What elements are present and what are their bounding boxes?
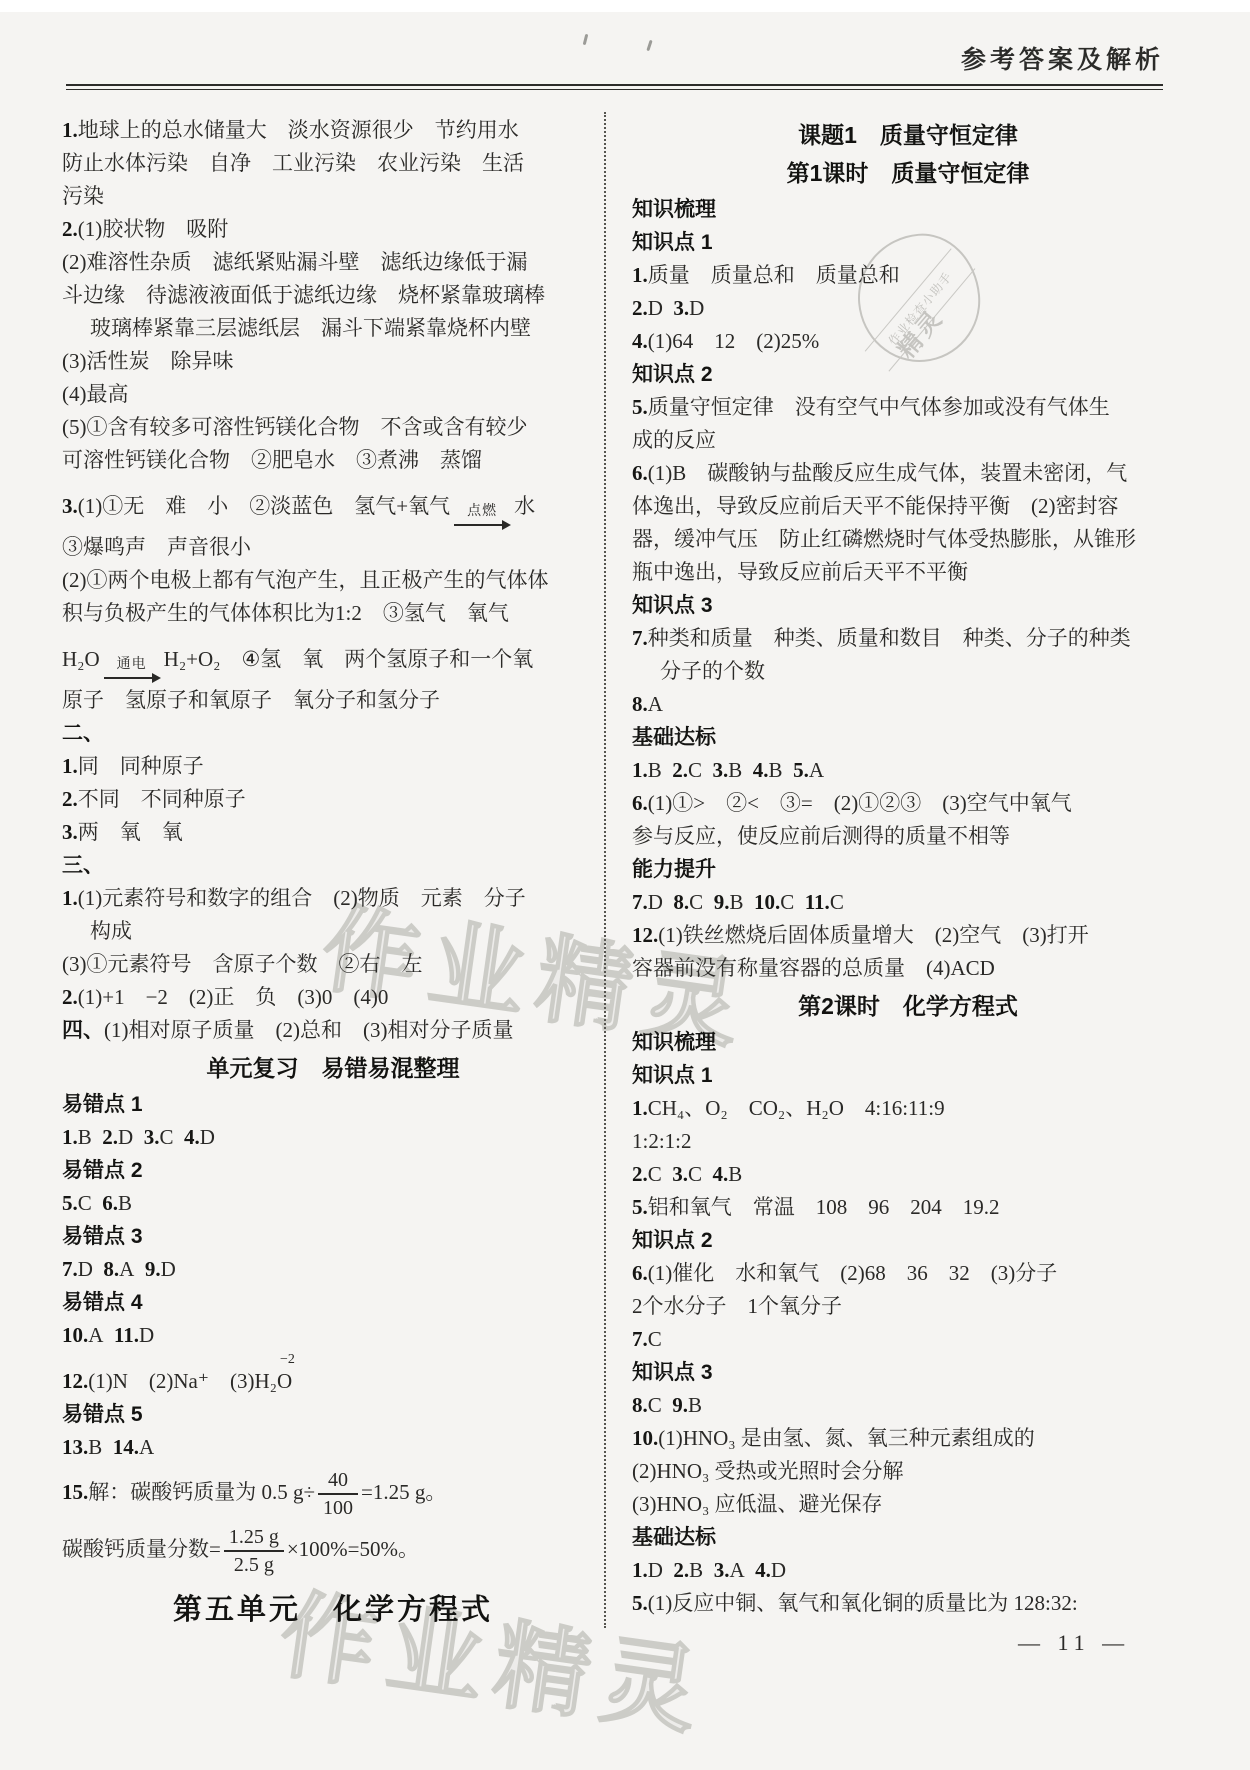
text-line: (3)HNO₃ 应低温、避光保存 bbox=[632, 1488, 1184, 1521]
header-rule bbox=[66, 84, 1163, 90]
left-column: 1.地球上的总水储量大 淡水资源很少 节约用水防止水体污染 自净 工业污染 农业… bbox=[62, 114, 604, 1627]
text-line: 基础达标 bbox=[632, 1521, 1184, 1554]
text-line: 1.B 2.D 3.C 4.D bbox=[62, 1121, 604, 1154]
column-divider bbox=[604, 112, 606, 1628]
text-line: 第五单元 化学方程式 bbox=[62, 1594, 604, 1627]
text-line: 3.两 氧 氧 bbox=[62, 816, 604, 849]
text-line: 1.B 2.C 3.B 4.B 5.A bbox=[632, 754, 1184, 787]
text-line: 2.(1)胶状物 吸附 bbox=[62, 213, 604, 246]
scanned-answer-page: 参考答案及解析 作业精灵 作业精灵 作业检查小助手 精灵 1.地球上的总水储量大… bbox=[0, 0, 1250, 1770]
text-line: 8.C 9.B bbox=[632, 1389, 1184, 1422]
text-line: 1.质量 质量总和 质量总和 bbox=[632, 259, 1184, 292]
text-line: 2个水分子 1个氧分子 bbox=[632, 1290, 1184, 1323]
scan-speck-icon bbox=[583, 34, 589, 45]
text-line: 6.(1)B 碳酸钠与盐酸反应生成气体，装置未密闭，气 bbox=[632, 457, 1184, 490]
text-line: ③爆鸣声 声音很小 bbox=[62, 531, 604, 564]
text-line: 三、 bbox=[62, 849, 604, 882]
text-line: 知识点 3 bbox=[632, 1356, 1184, 1389]
text-line: 15.解：碳酸钙质量为 0.5 g÷40100=1.25 g。 bbox=[62, 1464, 604, 1521]
text-line: 容器前没有称量容器的总质量 (4)ACD bbox=[632, 952, 1184, 985]
text-line: 易错点 3 bbox=[62, 1220, 604, 1253]
text-line: 第2课时 化学方程式 bbox=[632, 990, 1184, 1023]
text-line: (2)难溶性杂质 滤纸紧贴漏斗壁 滤纸边缘低于漏 bbox=[62, 246, 604, 279]
text-line: (2)①两个电极上都有气泡产生，且正极产生的气体体 bbox=[62, 564, 604, 597]
text-line: 分子的个数 bbox=[632, 655, 1184, 688]
text-line: 知识点 2 bbox=[632, 358, 1184, 391]
text-line: 8.A bbox=[632, 688, 1184, 721]
text-line: 第1课时 质量守恒定律 bbox=[632, 157, 1184, 190]
text-line: 2.D 3.D bbox=[632, 292, 1184, 325]
text-line: 2.C 3.C 4.B bbox=[632, 1158, 1184, 1191]
text-line: 污染 bbox=[62, 180, 604, 213]
text-line: 4.(1)64 12 (2)25% bbox=[632, 325, 1184, 358]
text-line: 7.C bbox=[632, 1323, 1184, 1356]
text-line: H₂O通电H₂+O₂ ④氢 氧 两个氢原子和一个氧 bbox=[62, 643, 604, 684]
text-line: 易错点 4 bbox=[62, 1286, 604, 1319]
text-line: 1.同 同种原子 bbox=[62, 750, 604, 783]
text-line: 10.(1)HNO₃ 是由氢、氮、氧三种元素组成的 bbox=[632, 1422, 1184, 1455]
page-number: — 11 — bbox=[1018, 1630, 1130, 1656]
text-line: 10.A 11.D bbox=[62, 1319, 604, 1352]
text-line: 单元复习 易错易混整理 bbox=[62, 1052, 604, 1085]
text-line: 6.(1)①> ②< ③= (2)①②③ (3)空气中氧气 bbox=[632, 787, 1184, 820]
text-line: 5.C 6.B bbox=[62, 1187, 604, 1220]
text-line: 2.(1)+1 −2 (2)正 负 (3)0 (4)0 bbox=[62, 981, 604, 1014]
page-title: 参考答案及解析 bbox=[961, 40, 1164, 76]
text-line: 器，缓冲气压 防止红磷燃烧时气体受热膨胀，从锥形 bbox=[632, 523, 1184, 556]
text-line: 2.不同 不同种原子 bbox=[62, 783, 604, 816]
text-line: 构成 bbox=[62, 915, 604, 948]
text-line: (2)HNO₃ 受热或光照时会分解 bbox=[632, 1455, 1184, 1488]
text-line: 体逸出，导致反应前后天平不能保持平衡 (2)密封容 bbox=[632, 490, 1184, 523]
text-line: 易错点 2 bbox=[62, 1154, 604, 1187]
text-line: 7.D 8.A 9.D bbox=[62, 1253, 604, 1286]
text-line: 碳酸钙质量分数=1.25 g2.5 g×100%=50%。 bbox=[62, 1521, 604, 1578]
scan-speck-icon bbox=[646, 40, 652, 51]
text-line: 能力提升 bbox=[632, 853, 1184, 886]
text-line: 5.铝和氧气 常温 108 96 204 19.2 bbox=[632, 1191, 1184, 1224]
text-line: 知识点 2 bbox=[632, 1224, 1184, 1257]
text-line: 基础达标 bbox=[632, 721, 1184, 754]
text-line: 四、(1)相对原子质量 (2)总和 (3)相对分子质量 bbox=[62, 1014, 604, 1047]
text-line: (3)①元素符号 含原子个数 ②右 左 bbox=[62, 948, 604, 981]
text-line: 1.(1)元素符号和数字的组合 (2)物质 元素 分子 bbox=[62, 882, 604, 915]
text-line: 可溶性钙镁化合物 ②肥皂水 ③煮沸 蒸馏 bbox=[62, 444, 604, 477]
text-line: 原子 氢原子和氧原子 氧分子和氢分子 bbox=[62, 684, 604, 717]
text-line: 1.D 2.B 3.A 4.D bbox=[632, 1554, 1184, 1587]
text-line: 13.B 14.A bbox=[62, 1431, 604, 1464]
text-line: 斗边缘 待滤液液面低于滤纸边缘 烧杯紧靠玻璃棒 bbox=[62, 279, 604, 312]
text-line: 1.地球上的总水储量大 淡水资源很少 节约用水 bbox=[62, 114, 604, 147]
text-line: 成的反应 bbox=[632, 424, 1184, 457]
text-line: 易错点 1 bbox=[62, 1088, 604, 1121]
text-line: 积与负极产生的气体体积比为1:2 ③氢气 氧气 bbox=[62, 597, 604, 630]
right-column: 课题1 质量守恒定律第1课时 质量守恒定律知识梳理知识点 11.质量 质量总和 … bbox=[632, 114, 1184, 1620]
text-line: 玻璃棒紧靠三层滤纸层 漏斗下端紧靠烧杯内壁 bbox=[62, 312, 604, 345]
text-line: (4)最高 bbox=[62, 378, 604, 411]
text-line: 12.(1)铁丝燃烧后固体质量增大 (2)空气 (3)打开 bbox=[632, 919, 1184, 952]
text-line: 1:2:1:2 bbox=[632, 1125, 1184, 1158]
text-line: 3.(1)①无 难 小 ②淡蓝色 氢气+氧气点燃水 bbox=[62, 490, 604, 531]
text-line: 知识点 3 bbox=[632, 589, 1184, 622]
text-line: 知识点 1 bbox=[632, 1059, 1184, 1092]
text-line: 7.种类和质量 种类、质量和数目 种类、分子的种类 bbox=[632, 622, 1184, 655]
text-line: 5.(1)反应中铜、氧气和氧化铜的质量比为 128:32: bbox=[632, 1587, 1184, 1620]
text-line: 知识梳理 bbox=[632, 1026, 1184, 1059]
text-line: 12.(1)N (2)Na⁺ (3)H₂−2O bbox=[62, 1365, 604, 1398]
scan-edge bbox=[0, 0, 1250, 12]
text-line: 课题1 质量守恒定律 bbox=[632, 119, 1184, 152]
text-line: 易错点 5 bbox=[62, 1398, 604, 1431]
text-line: 5.质量守恒定律 没有空气中气体参加或没有气体生 bbox=[632, 391, 1184, 424]
text-line: 7.D 8.C 9.B 10.C 11.C bbox=[632, 886, 1184, 919]
text-line: 知识点 1 bbox=[632, 226, 1184, 259]
text-line: (3)活性炭 除异味 bbox=[62, 345, 604, 378]
text-line: 知识梳理 bbox=[632, 193, 1184, 226]
text-line: 6.(1)催化 水和氧气 (2)68 36 32 (3)分子 bbox=[632, 1257, 1184, 1290]
text-line: (5)①含有较多可溶性钙镁化合物 不含或含有较少 bbox=[62, 411, 604, 444]
text-line: 二、 bbox=[62, 717, 604, 750]
text-line: 1.CH₄、O₂ CO₂、H₂O 4:16:11:9 bbox=[632, 1092, 1184, 1125]
text-line: 参与反应，使反应前后测得的质量不相等 bbox=[632, 820, 1184, 853]
text-line: 防止水体污染 自净 工业污染 农业污染 生活 bbox=[62, 147, 604, 180]
text-line: 瓶中逸出，导致反应前后天平不平衡 bbox=[632, 556, 1184, 589]
